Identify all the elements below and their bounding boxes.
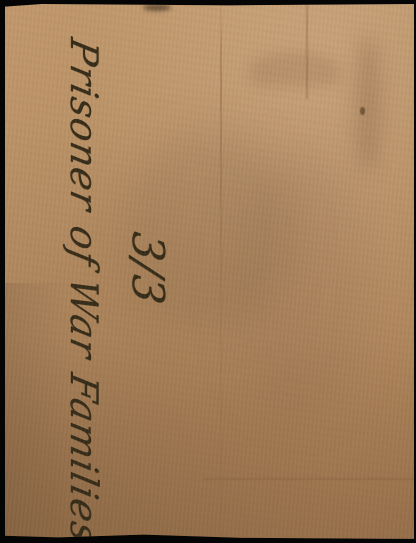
vertical-crease — [220, 4, 222, 540]
short-top-crease — [306, 4, 308, 99]
handwritten-inscription: Prisonerof WarFamilies — [62, 35, 106, 543]
kraft-paper: Prisonerof WarFamilies 3/3 — [5, 4, 414, 540]
top-edge-smudge — [143, 4, 171, 11]
inscription-word-3: Families — [62, 370, 106, 543]
inscription-word-1: Prisoner — [62, 35, 106, 216]
inscription-word-2: of War — [62, 222, 106, 363]
faint-peak-shadow — [250, 52, 340, 86]
handwritten-number: 3/3 — [123, 229, 171, 307]
horizontal-crease — [203, 478, 416, 480]
left-edge-shading — [5, 283, 69, 540]
right-edge-stain — [355, 36, 381, 171]
ink-speck — [360, 107, 365, 115]
scanned-photo-back: { "scene": { "description": "Back side o… — [0, 0, 416, 543]
showthrough-shadow-blob — [233, 149, 368, 414]
